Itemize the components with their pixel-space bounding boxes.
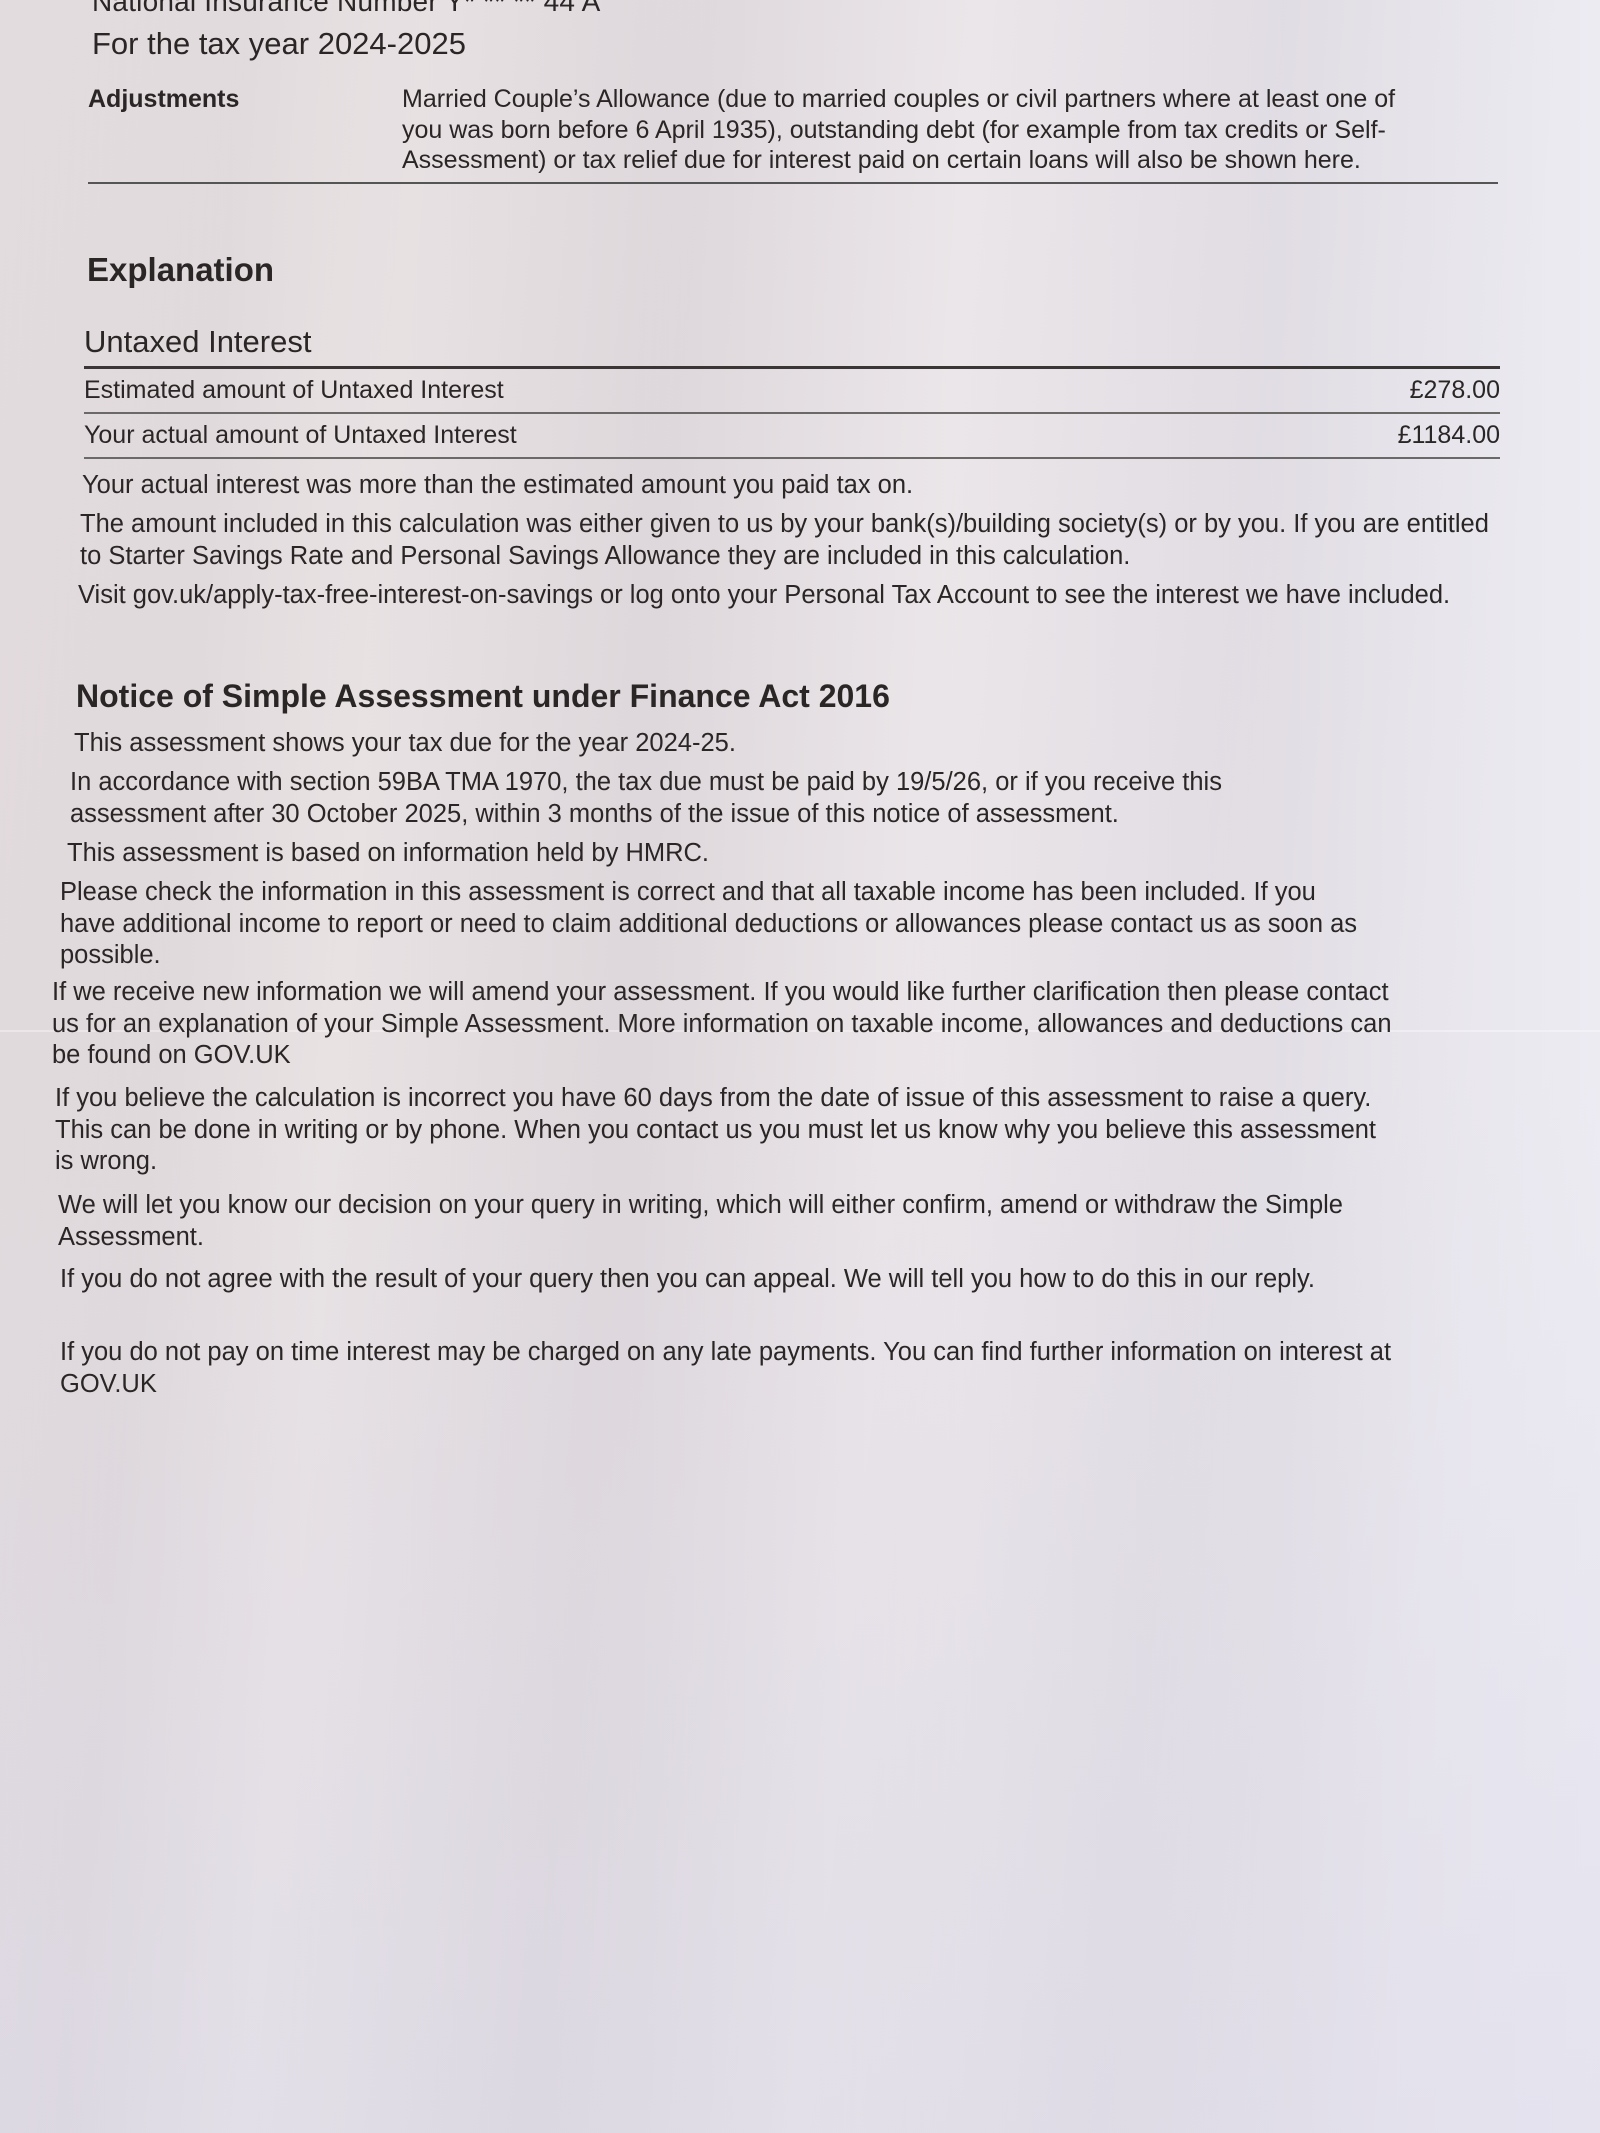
notice-paragraph: Please check the information in this ass… <box>60 877 1370 972</box>
notice-paragraph: This assessment shows your tax due for t… <box>74 728 1394 760</box>
adjustments-label: Adjustments <box>88 84 402 176</box>
notice-heading: Notice of Simple Assessment under Financ… <box>76 678 890 715</box>
row-label: Estimated amount of Untaxed Interest <box>84 369 504 412</box>
row-amount: £278.00 <box>1410 369 1500 412</box>
table-row-estimated-interest: Estimated amount of Untaxed Interest £27… <box>84 369 1500 414</box>
table-row-actual-interest: Your actual amount of Untaxed Interest £… <box>84 414 1500 459</box>
adjustments-section: Adjustments Married Couple’s Allowance (… <box>88 84 1498 184</box>
notice-paragraph: If you believe the calculation is incorr… <box>55 1083 1395 1178</box>
explanation-paragraph: Visit gov.uk/apply-tax-free-interest-on-… <box>78 580 1498 612</box>
notice-paragraph: In accordance with section 59BA TMA 1970… <box>70 767 1335 830</box>
row-amount: £1184.00 <box>1398 414 1500 457</box>
tax-letter-page: National Insurance Number Y* ** ** 44 A … <box>0 0 1600 2133</box>
adjustments-text: Married Couple’s Allowance (due to marri… <box>402 84 1442 176</box>
notice-paragraph: If we receive new information we will am… <box>52 977 1392 1072</box>
explanation-heading: Explanation <box>87 251 274 289</box>
explanation-paragraph: The amount included in this calculation … <box>80 509 1500 572</box>
explanation-paragraph: Your actual interest was more than the e… <box>82 470 1502 502</box>
notice-paragraph: We will let you know our decision on you… <box>58 1190 1398 1253</box>
notice-paragraph: If you do not pay on time interest may b… <box>60 1337 1420 1400</box>
notice-paragraph: This assessment is based on information … <box>67 838 1387 870</box>
untaxed-interest-table: Untaxed Interest Estimated amount of Unt… <box>84 324 1500 459</box>
notice-paragraph: If you do not agree with the result of y… <box>60 1264 1350 1296</box>
national-insurance-number: National Insurance Number Y* ** ** 44 A <box>92 0 600 18</box>
untaxed-interest-title: Untaxed Interest <box>84 324 1500 369</box>
row-label: Your actual amount of Untaxed Interest <box>84 414 517 457</box>
tax-year: For the tax year 2024-2025 <box>92 26 466 62</box>
